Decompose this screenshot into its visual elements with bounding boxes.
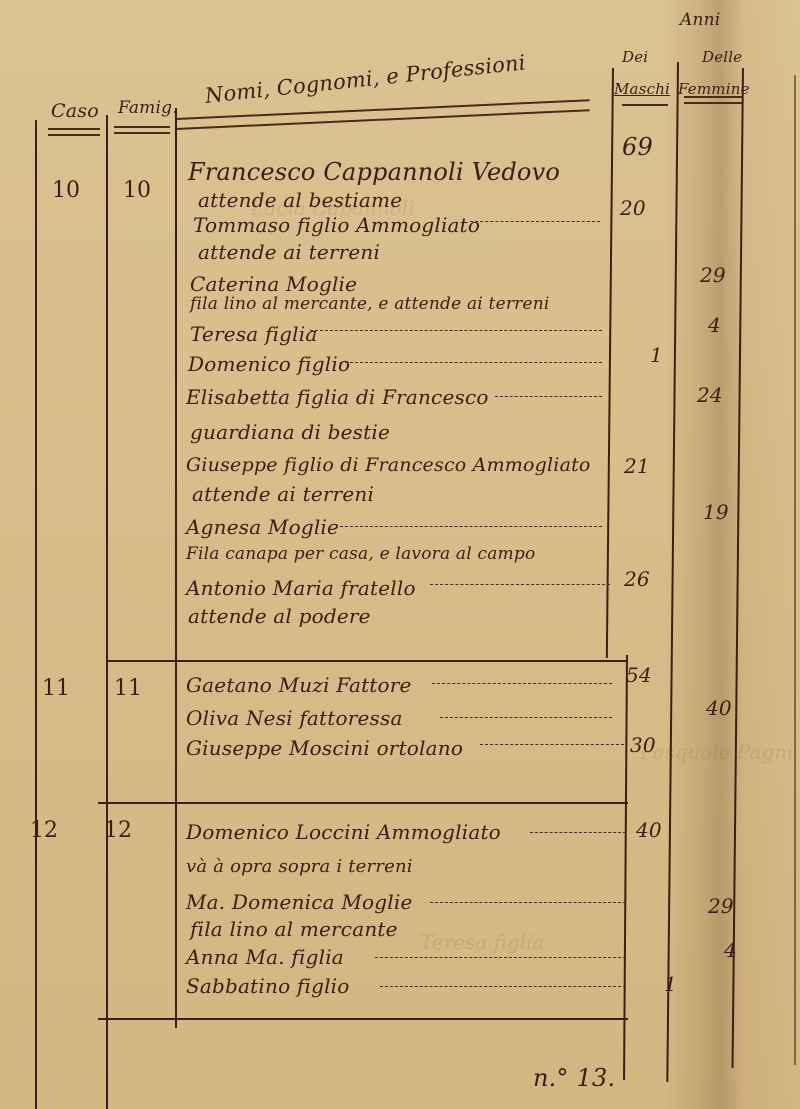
dash-leader: [530, 832, 626, 833]
header-femmine-top: Delle: [702, 48, 742, 66]
entry-line: và à opra sopra i terreni: [186, 856, 413, 877]
header-underline: [176, 109, 590, 129]
header-famiglie: Famig.: [118, 98, 178, 118]
entry-line: Tommaso figlio Ammogliato: [193, 213, 480, 237]
household-separator: [98, 802, 628, 804]
entry-line: Gaetano Muzi Fattore: [186, 673, 412, 697]
dash-leader: [495, 396, 602, 397]
dash-leader: [340, 526, 602, 527]
maschi-age: 21: [624, 454, 650, 478]
famiglia-number: 10: [123, 178, 151, 203]
header-underline: [622, 104, 668, 106]
dash-leader: [440, 717, 612, 718]
bleed-through-text: Teresa figlia: [420, 930, 544, 954]
femmine-age: 4: [724, 938, 737, 962]
header-maschi: Maschi: [614, 80, 670, 98]
header-underline: [684, 102, 742, 104]
header-casa: Caso: [51, 100, 99, 122]
header-underline: [48, 128, 100, 130]
entry-line: fila lino al mercante: [190, 917, 398, 941]
dash-leader: [310, 330, 602, 331]
header-underline: [684, 96, 742, 98]
famiglia-number: 11: [114, 676, 142, 701]
column-rule: [794, 75, 796, 1065]
femmine-age: 19: [703, 500, 729, 524]
entry-line: attende al podere: [188, 604, 371, 628]
manuscript-page: Lucia Capannoli Pasquale Pagni Teresa fi…: [0, 0, 800, 1109]
column-rule: [666, 62, 679, 1082]
entry-line: fila lino al mercante, e attende ai terr…: [190, 294, 550, 314]
household-separator: [106, 660, 628, 662]
dash-leader: [380, 986, 626, 987]
column-rule: [606, 68, 614, 658]
maschi-age: 20: [620, 196, 646, 220]
header-names: Nomi, Cognomi, e Professioni: [204, 50, 527, 108]
entry-line: Ma. Domenica Moglie: [186, 890, 413, 914]
header-maschi-top: Dei: [622, 48, 648, 66]
entry-line: attende ai terreni: [192, 482, 374, 506]
femmine-age: 24: [697, 383, 723, 407]
header-underline: [114, 126, 170, 128]
header-underline: [114, 132, 170, 134]
entry-line: attende al bestiame: [198, 188, 402, 212]
femmine-age: 29: [708, 894, 734, 918]
entry-line: Teresa figlia: [190, 322, 317, 346]
column-rule: [623, 655, 628, 1080]
femmine-age: 4: [708, 313, 721, 337]
entry-line: attende ai terreni: [198, 240, 380, 264]
dash-leader: [340, 362, 602, 363]
entry-line: Giuseppe figlio di Francesco Ammogliato: [186, 454, 591, 476]
famiglia-number: 12: [104, 818, 132, 843]
entry-line: Sabbatino figlio: [186, 974, 350, 998]
entry-line: Fila canapa per casa, e lavora al campo: [186, 544, 535, 564]
maschi-age: 1: [664, 972, 677, 996]
dash-leader: [430, 584, 610, 585]
femmine-age: 29: [700, 263, 726, 287]
entry-line: Francesco Cappannoli Vedovo: [188, 158, 560, 186]
entry-line: Caterina Moglie: [190, 272, 357, 296]
column-rule: [175, 108, 177, 1028]
entry-line: Domenico Loccini Ammogliato: [186, 820, 501, 844]
entry-line: guardiana di bestie: [190, 420, 390, 444]
column-rule: [106, 115, 108, 1109]
casa-number: 11: [42, 676, 70, 701]
entry-line: Agnesa Moglie: [186, 515, 339, 539]
header-anni: Anni: [680, 10, 720, 30]
entry-line: Anna Ma. figlia: [186, 945, 344, 969]
entry-line: Elisabetta figlia di Francesco: [186, 385, 489, 409]
bleed-through-text: Pasquale Pagni: [640, 740, 794, 764]
household-separator: [98, 1018, 628, 1020]
page-number: n.° 13.: [533, 1064, 615, 1092]
maschi-age: 1: [650, 343, 663, 367]
maschi-age: 26: [624, 567, 650, 591]
maschi-age: 54: [626, 663, 652, 687]
entry-line: Oliva Nesi fattoressa: [186, 706, 403, 730]
maschi-age: 69: [622, 133, 653, 161]
entry-line: Domenico figlio: [188, 352, 350, 376]
maschi-age: 40: [636, 818, 662, 842]
maschi-age: 30: [630, 733, 656, 757]
dash-leader: [480, 744, 624, 745]
femmine-age: 40: [706, 696, 732, 720]
dash-leader: [430, 902, 626, 903]
dash-leader: [375, 957, 626, 958]
dash-leader: [470, 221, 600, 222]
header-underline: [48, 134, 100, 136]
casa-number: 12: [30, 818, 58, 843]
column-rule: [35, 120, 37, 1109]
entry-line: Giuseppe Moscini ortolano: [186, 736, 463, 760]
dash-leader: [432, 683, 612, 684]
entry-line: Antonio Maria fratello: [186, 576, 416, 600]
casa-number: 10: [52, 178, 80, 203]
